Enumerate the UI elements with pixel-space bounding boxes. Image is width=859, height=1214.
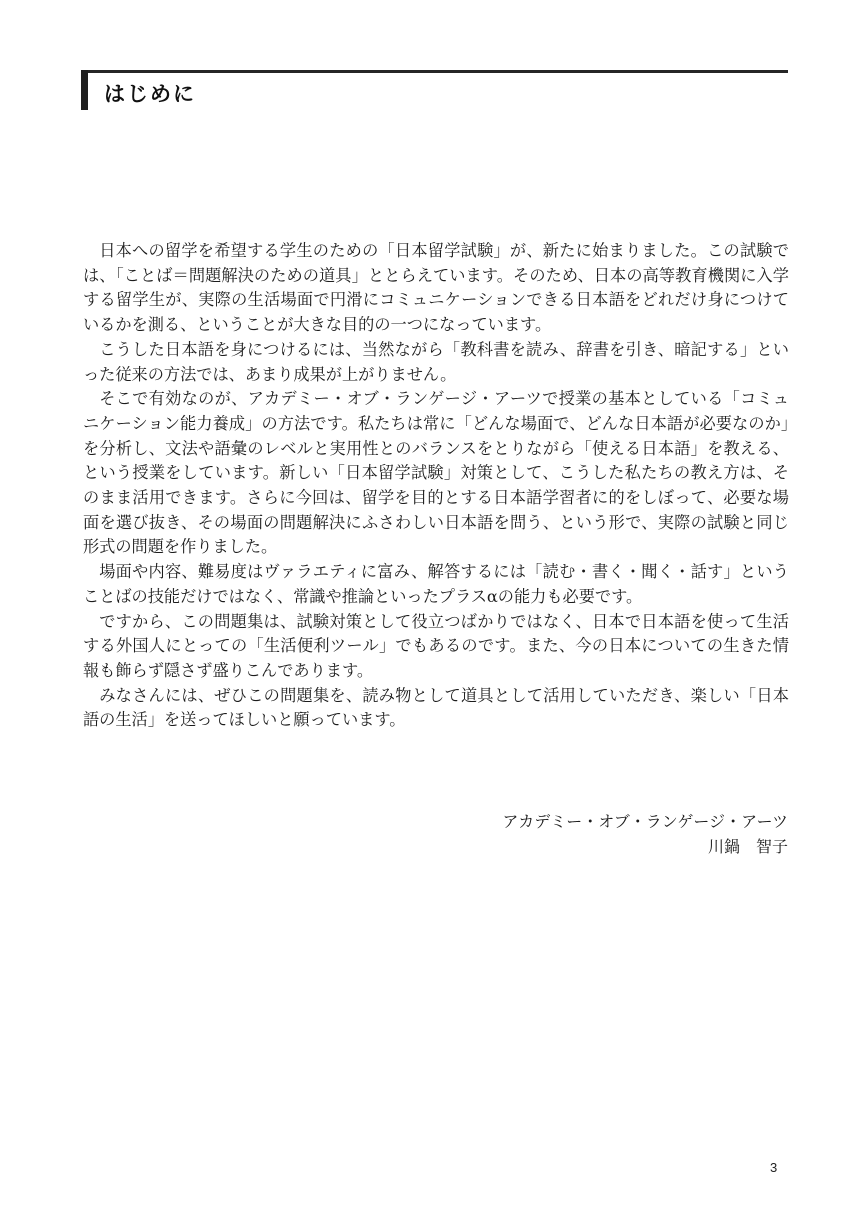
paragraph-5: ですから、この問題集は、試験対策として役立つばかりではなく、日本で日本語を使って…	[83, 610, 789, 684]
signature-author: 川鍋 智子	[502, 835, 788, 860]
signature: アカデミー・オブ・ランゲージ・アーツ 川鍋 智子	[502, 810, 788, 859]
header-rule	[81, 70, 788, 73]
paragraph-1: 日本への留学を希望する学生のための「日本留学試験」が、新たに始まりました。この試…	[83, 239, 789, 338]
header-accent-bar	[81, 70, 88, 110]
body-text: 日本への留学を希望する学生のための「日本留学試験」が、新たに始まりました。この試…	[83, 239, 789, 733]
paragraph-4: 場面や内容、難易度はヴァラエティに富み、解答するには「読む・書く・聞く・話す」と…	[83, 560, 789, 609]
paragraph-2: こうした日本語を身につけるには、当然ながら「教科書を読み、辞書を引き、暗記する」…	[83, 338, 789, 387]
page-number: 3	[770, 1160, 777, 1175]
signature-organization: アカデミー・オブ・ランゲージ・アーツ	[502, 810, 788, 835]
paragraph-3: そこで有効なのが、アカデミー・オブ・ランゲージ・アーツで授業の基本としている「コ…	[83, 387, 789, 560]
paragraph-6: みなさんには、ぜひこの問題集を、読み物として道具として活用していただき、楽しい「…	[83, 684, 789, 733]
page-title: はじめに	[104, 80, 196, 108]
